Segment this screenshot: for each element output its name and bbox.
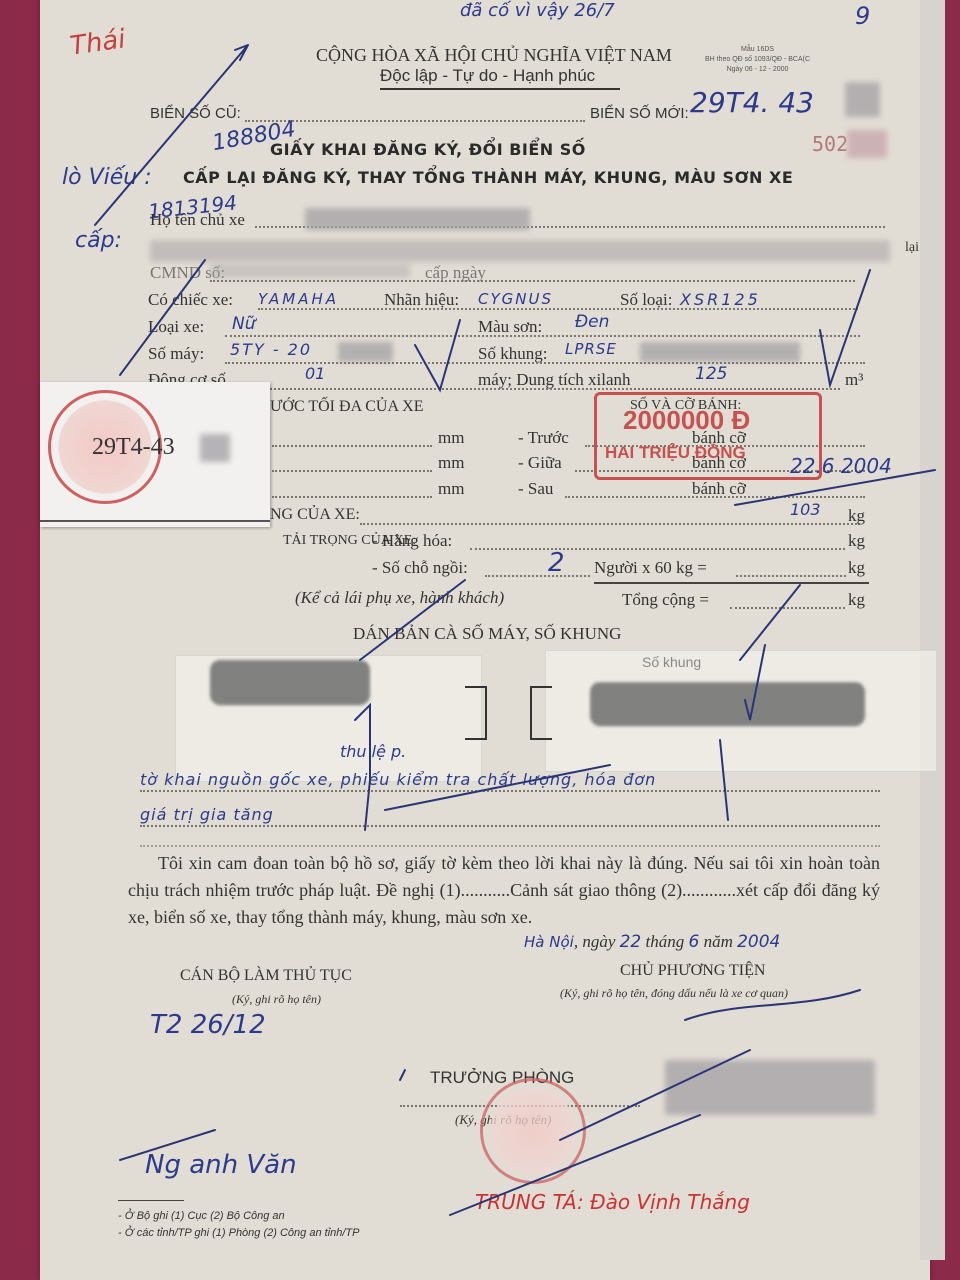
date-line: Hà Nội, ngày 22 tháng 6 năm 2004	[524, 932, 780, 952]
total-label: Tổng cộng =	[622, 590, 709, 610]
footnote-1: - Ở Bộ ghi (1) Cục (2) Bộ Công an	[118, 1210, 285, 1222]
form-code: Mẫu 16DS BH theo QĐ số 1093/QĐ - BCA(C N…	[705, 45, 810, 75]
engine-rubbing	[210, 660, 370, 705]
frame-box-left	[530, 686, 552, 740]
fee-words: HAI TRIỆU ĐỒNG	[605, 443, 746, 463]
plate-sticker: 29T4-43	[40, 382, 270, 527]
attachment-field-3	[140, 845, 880, 847]
color-value: Đen	[575, 312, 609, 332]
make-row-field	[258, 308, 858, 310]
frame-label: Số khung:	[478, 344, 547, 364]
serial-number: 502	[812, 132, 848, 156]
brand-label: Nhãn hiệu:	[384, 290, 459, 310]
form-code-line: Mẫu 16DS	[705, 45, 810, 55]
engine-box-right	[465, 686, 487, 740]
officer-note: (Ký, ghi rõ họ tên)	[232, 992, 321, 1007]
weight-label: NG CỦA XE:	[270, 506, 360, 524]
attachment-line-2: giá trị gia tăng	[140, 805, 274, 824]
wheel-front-label: - Trước	[518, 428, 569, 448]
declaration: Tôi xin cam đoan toàn bộ hồ sơ, giấy tờ …	[128, 850, 880, 931]
color-label: Màu sơn:	[478, 317, 542, 337]
form-title-line1: GIẤY KHAI ĐĂNG KÝ, ĐỔI BIỂN SỐ	[270, 140, 586, 159]
weight-field	[360, 523, 860, 525]
frame-rubbing	[590, 682, 865, 726]
form-code-line: Ngày 06 - 12 - 2000	[705, 65, 810, 75]
attachment-field-1	[140, 790, 880, 792]
officer-handwritten: T2 26/12	[150, 1010, 266, 1040]
dimension-field-2	[272, 470, 432, 472]
date-day-label: , ngày	[574, 932, 616, 951]
total-unit: kg	[848, 590, 865, 610]
load-note: (Kể cả lái phụ xe, hành khách)	[295, 588, 504, 608]
address-suffix: lại	[905, 240, 919, 256]
form-title-line2: CẤP LẠI ĐĂNG KÝ, THAY TỔNG THÀNH MÁY, KH…	[183, 168, 793, 187]
displacement-unit: m³	[845, 370, 863, 390]
new-plate-label: BIỂN SỐ MỚI:	[590, 105, 689, 122]
type-row-field	[225, 335, 860, 337]
date-month: 6	[688, 932, 699, 952]
cargo-label: - Hàng hóa:	[372, 531, 452, 551]
type-label: Loại xe:	[148, 317, 204, 337]
attachment-field-2	[140, 825, 880, 827]
frame-value: LPRSE	[565, 340, 617, 358]
corner-number: 9	[855, 2, 870, 30]
rubbing-heading: DÁN BẢN CÀ SỐ MÁY, SỐ KHUNG	[353, 624, 621, 644]
displacement-label: máy; Dung tích xilanh	[478, 370, 631, 390]
seats-label: - Số chỗ ngồi:	[372, 558, 468, 578]
chief-seal	[480, 1078, 586, 1184]
id-field	[210, 280, 855, 282]
redacted-address	[150, 240, 890, 262]
weight-unit: kg	[848, 506, 865, 526]
owner-title: CHỦ PHƯƠNG TIỆN	[620, 962, 765, 980]
fee-amount: 2000000 Đ	[623, 405, 750, 436]
dimensions-heading: ƯỚC TỐI ĐA CỦA XE	[270, 398, 423, 416]
engine-value: 5TY - 20	[230, 340, 312, 359]
redacted-id	[210, 264, 410, 278]
chief-name: TRUNG TÁ: Đào Vịnh Thắng	[475, 1190, 750, 1214]
date-month-label: tháng	[646, 932, 685, 951]
engine-label: Số máy:	[148, 344, 204, 364]
attachment-line-1: tờ khai nguồn gốc xe, phiếu kiểm tra chấ…	[140, 770, 656, 789]
form-code-line: BH theo QĐ số 1093/QĐ - BCA(C	[705, 55, 810, 65]
redacted-frame	[640, 342, 800, 362]
frame-caption: Số khung	[642, 654, 701, 670]
sticker-bottom-line	[40, 520, 270, 522]
persons-unit: kg	[848, 558, 865, 578]
attachment-extra: thu lệ p.	[340, 742, 406, 761]
redacted-owner-name	[305, 208, 530, 230]
handwritten-date-text: 22.6 2004	[790, 454, 892, 478]
date-year: 2004	[737, 932, 780, 952]
old-plate-label: BIỂN SỐ CŨ:	[150, 105, 241, 122]
total-field	[730, 607, 845, 609]
brand-value: CYGNUS	[478, 290, 553, 308]
model-label: Số loại:	[620, 290, 672, 310]
officer-title: CÁN BỘ LÀM THỦ TỤC	[180, 967, 352, 985]
underlying-page	[920, 0, 945, 1260]
redacted-engine	[338, 342, 393, 362]
displacement-value: 125	[695, 364, 727, 384]
wheel-rear-label: - Sau	[518, 479, 553, 499]
persons-underline	[594, 582, 869, 584]
motto-underline	[380, 88, 620, 90]
redacted-serial	[847, 130, 887, 158]
top-note: đã cố vì vậy 26/7	[460, 0, 615, 21]
seats-field	[485, 575, 590, 577]
footnote-2: - Ở các tỉnh/TP ghi (1) Phòng (2) Công a…	[118, 1227, 359, 1239]
make-label: Có chiếc xe:	[148, 290, 233, 310]
wheel-middle-label: - Giữa	[518, 453, 562, 473]
owner-note: (Ký, ghi rõ họ tên, đóng dấu nếu là xe c…	[560, 986, 788, 1001]
cargo-field	[470, 548, 845, 550]
make-value: YAMAHA	[258, 290, 339, 308]
dimension-field-3	[272, 496, 432, 498]
fee-stamp: 2000000 Đ HAI TRIỆU ĐỒNG	[594, 392, 822, 480]
motto: Độc lập - Tự do - Hạnh phúc	[380, 66, 595, 86]
redacted-sticker-plate	[200, 434, 230, 462]
owner-name-label: Họ tên chủ xe	[150, 210, 245, 230]
new-plate-value: 29T4. 43	[690, 86, 814, 119]
country-name: CỘNG HÒA XÃ HỘI CHỦ NGHĨA VIỆT NAM	[316, 45, 672, 66]
persons-label: Người x 60 kg =	[594, 558, 707, 578]
dimension-field-1	[272, 445, 432, 447]
wheel-field-rear	[565, 496, 865, 498]
date-day: 22	[620, 932, 642, 952]
model-value: XSR125	[680, 290, 761, 309]
dimension-unit-1: mm	[438, 428, 464, 448]
type-value: Nữ	[232, 314, 256, 334]
officer-name-handwritten: Ng anh Văn	[145, 1150, 297, 1180]
dimension-unit-3: mm	[438, 479, 464, 499]
displacement-field	[270, 388, 840, 390]
redacted-owner-signature	[665, 1060, 875, 1115]
old-plate-field	[245, 120, 585, 122]
sticker-plate-number: 29T4-43	[92, 434, 175, 461]
handwritten-date: 22.6 2004	[790, 455, 892, 477]
persons-field	[736, 575, 846, 577]
seats-value: 2	[548, 548, 565, 578]
date-place: Hà Nội	[524, 933, 574, 951]
cargo-unit: kg	[848, 531, 865, 551]
weight-value: 103	[790, 500, 821, 519]
note-cap: cấp:	[75, 228, 122, 253]
footnote-rule	[118, 1200, 184, 1201]
note-left: lò Viếu :	[62, 165, 152, 190]
redacted-plate	[845, 82, 880, 117]
date-year-label: năm	[704, 932, 733, 951]
dimension-unit-2: mm	[438, 453, 464, 473]
engine-count-value: 01	[305, 364, 325, 383]
